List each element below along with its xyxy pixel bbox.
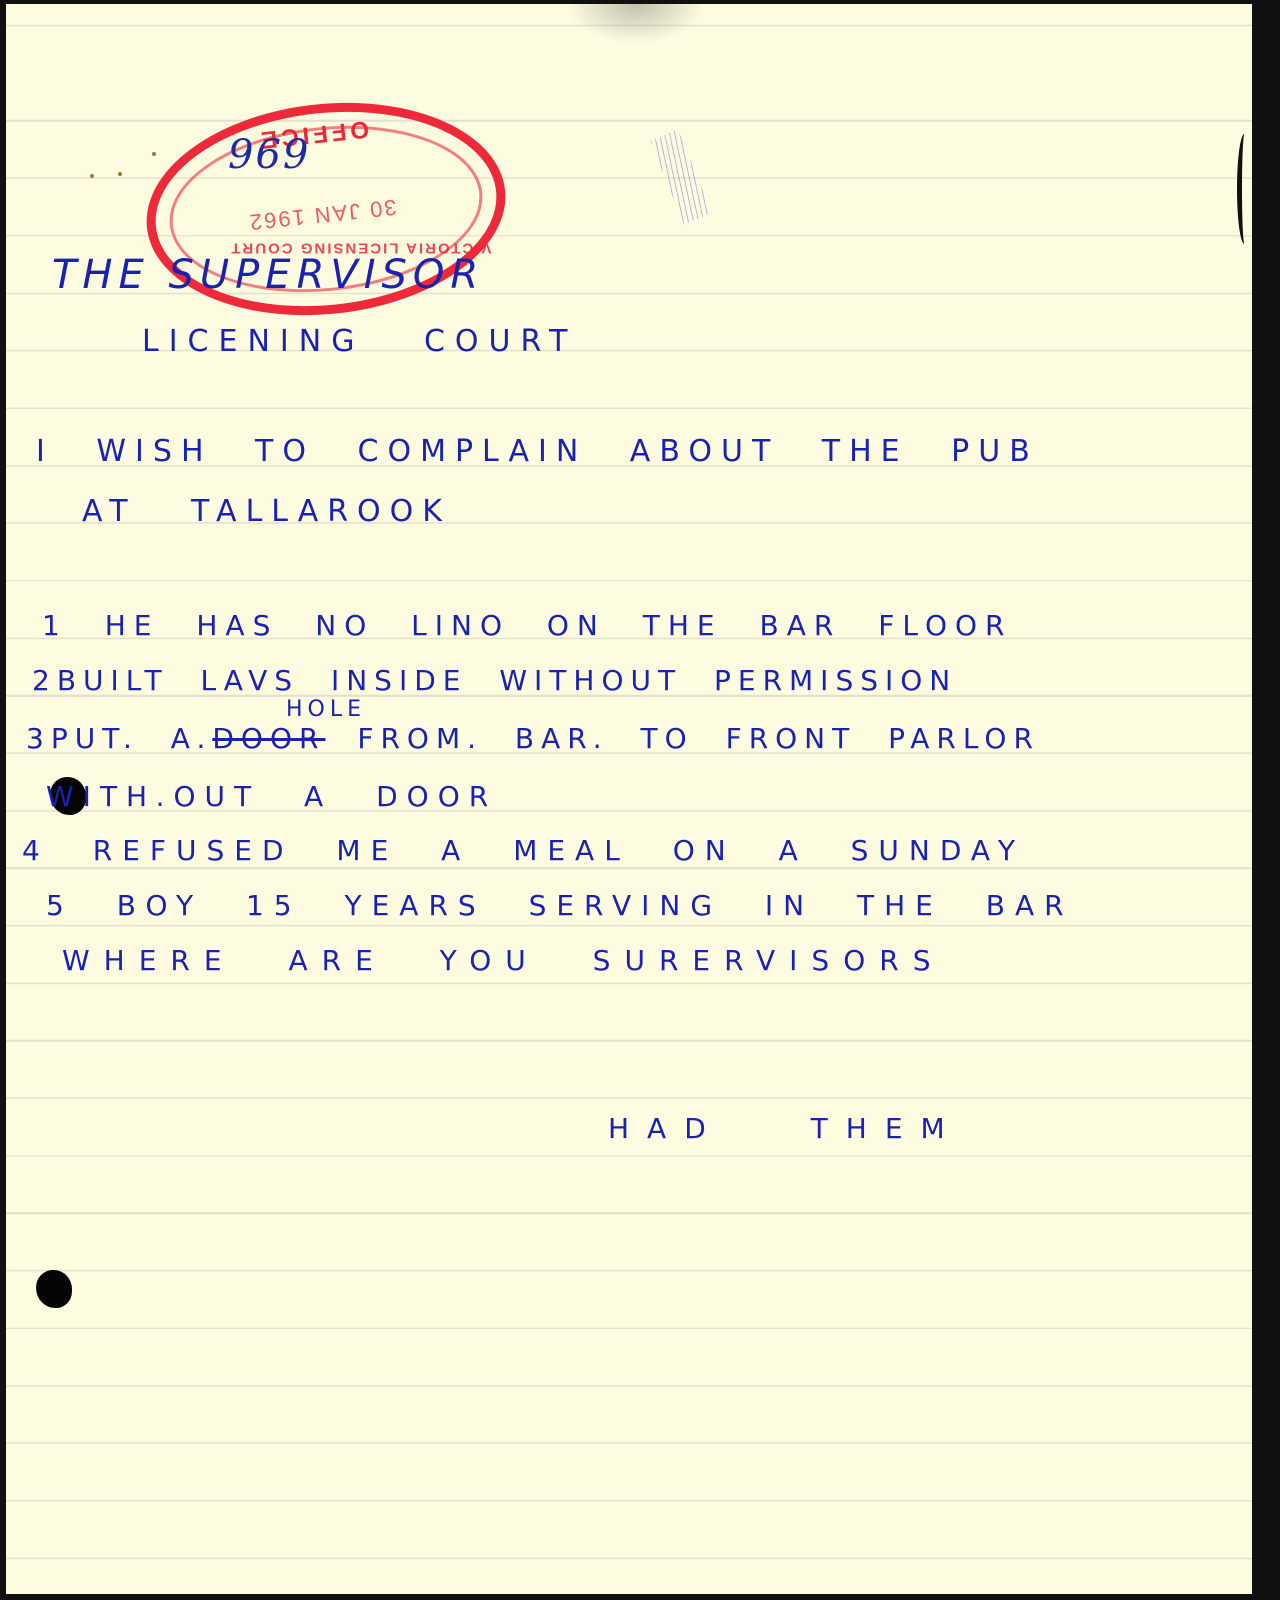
item-text: Built Lavs inside without Permission	[57, 664, 957, 697]
addressee-line-1: The Supervisor	[52, 252, 484, 298]
addressee-line-2: Licening Court	[142, 324, 577, 359]
struck-word: Door	[212, 722, 325, 755]
complaint-item-5: 5 Boy 15 years serving in The Bar	[46, 889, 1074, 922]
intro-line-1: I wish to Complain About the Pub	[36, 434, 1039, 469]
complaint-item-1: 1 He has no Lino on the Bar Floor	[42, 609, 1012, 642]
item-text-after: From. Bar. to Front Parlor	[357, 722, 1040, 755]
punch-hole-lower	[36, 1270, 72, 1308]
item-number: 2	[32, 664, 57, 697]
complaint-item-3-continuation: With.out A Door	[46, 780, 497, 813]
complaint-item-3: 3Put. A.Door From. Bar. to Front Parlor	[26, 722, 1040, 755]
paper-speck	[152, 152, 156, 156]
scanned-letter-page: OFFICE 30 JAN 1962 VICTORIA LICENSING CO…	[6, 4, 1252, 1594]
paper-speck	[118, 172, 122, 176]
pencil-scribble	[650, 130, 712, 225]
item-number: 5	[46, 889, 74, 922]
intro-line-2: At Tallarook	[82, 494, 451, 529]
paper-speck	[90, 174, 94, 178]
complaint-item-4: 4 Refused Me A Meal on A Sunday	[22, 834, 1025, 867]
complaint-item-2: 2Built Lavs inside without Permission	[32, 664, 957, 697]
item-text-before: Put. A.	[51, 722, 213, 755]
signature: Had Them	[608, 1112, 963, 1145]
item-text: Boy 15 years serving in The Bar	[117, 889, 1074, 922]
file-number: 969	[228, 132, 310, 178]
item-text: Refused Me A Meal on A Sunday	[93, 834, 1025, 867]
inserted-word: Hole	[286, 697, 366, 722]
page-edge-shadow	[1237, 134, 1252, 244]
item-number: 4	[22, 834, 50, 867]
item-text: He has no Lino on the Bar Floor	[105, 609, 1013, 642]
item-number: 3	[26, 722, 51, 755]
closing-line: Where are you Surervisors	[62, 944, 944, 977]
item-number: 1	[42, 609, 68, 642]
